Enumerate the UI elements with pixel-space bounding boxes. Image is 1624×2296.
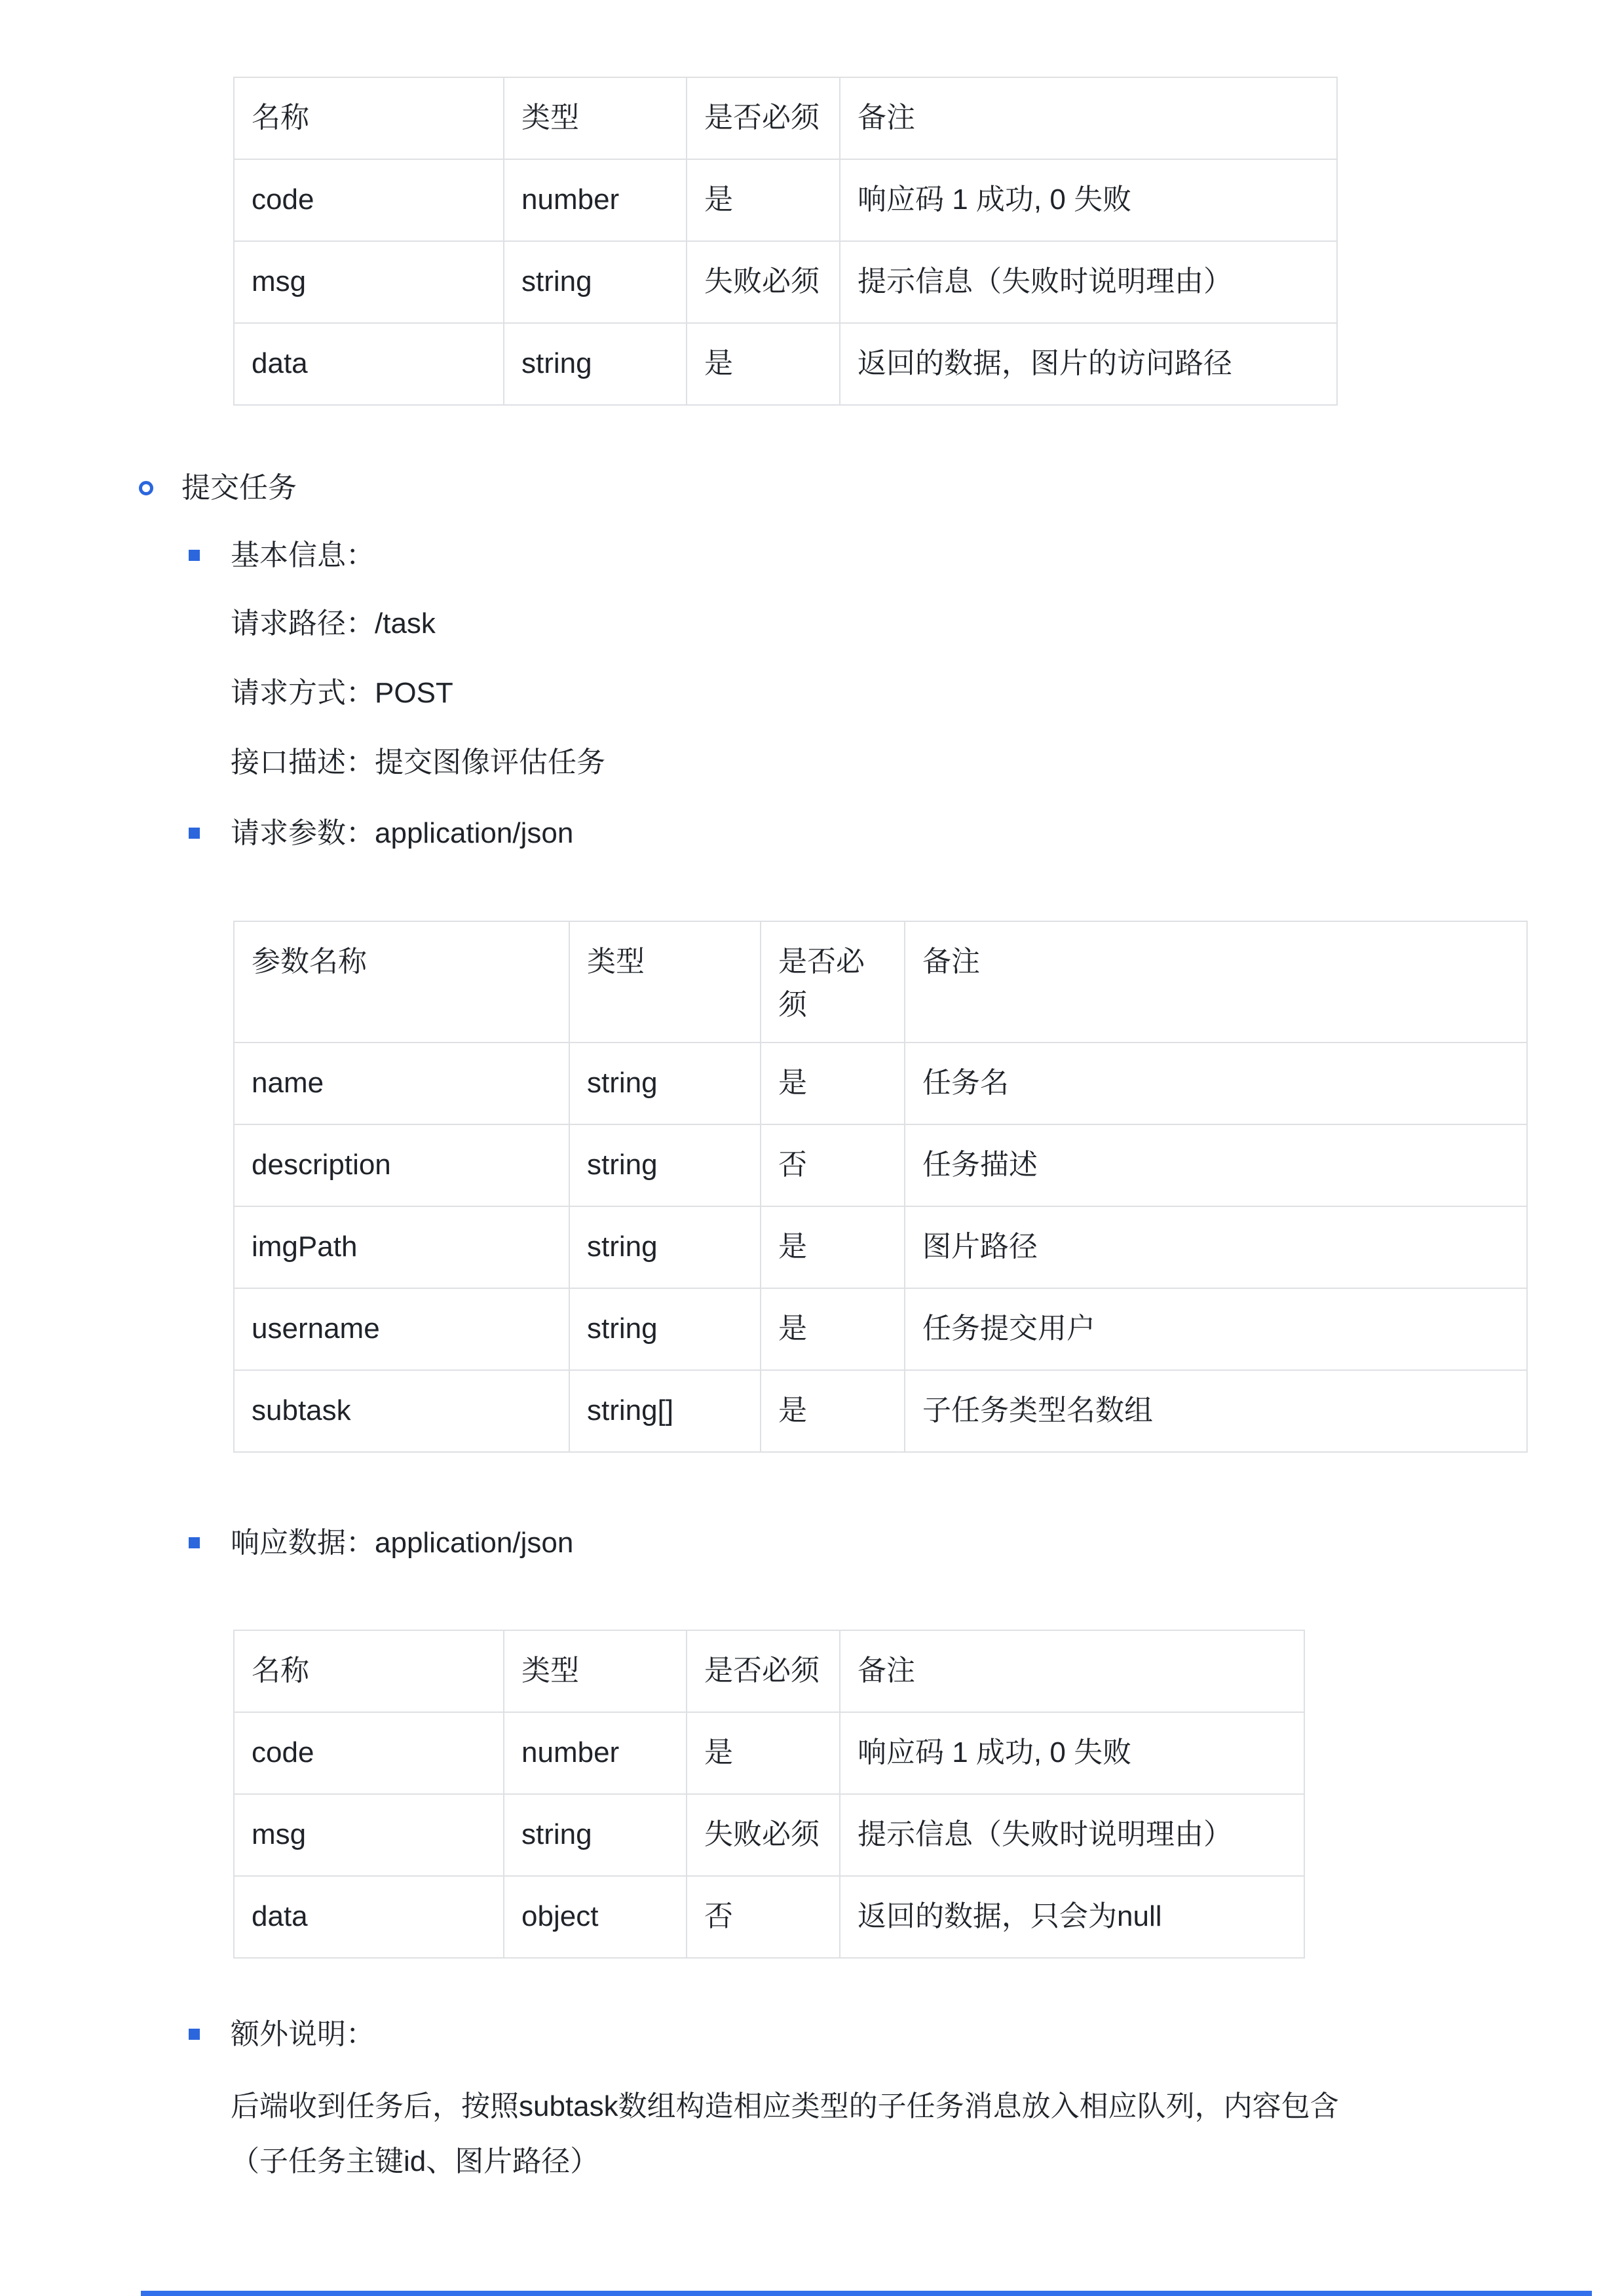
table-header-cell: 类型 — [569, 921, 761, 1043]
square-bullet-icon — [189, 2029, 200, 2040]
table-cell: 是 — [687, 159, 840, 241]
table-header-row: 名称 类型 是否必须 备注 — [234, 1630, 1304, 1712]
table-cell: 否 — [761, 1124, 905, 1206]
table-cell: string — [504, 241, 687, 323]
note-paragraph-line-2: （子任务主键id、图片路径） — [231, 2134, 1339, 2189]
list-item-request-params: 请求参数：application/json — [231, 812, 573, 855]
table-cell: 返回的数据，只会为null — [840, 1876, 1304, 1958]
table-cell: username — [234, 1288, 569, 1370]
table-header-cell: 是否必须 — [761, 921, 905, 1043]
table-cell: description — [234, 1124, 569, 1206]
list-item-submit-task: 提交任务 — [181, 467, 297, 510]
table-cell: 图片路径 — [905, 1206, 1527, 1288]
table-cell: number — [504, 159, 687, 241]
table-cell: 响应码 1 成功, 0 失败 — [840, 159, 1337, 241]
upload-response-table: 名称 类型 是否必须 备注 code number 是 响应码 1 成功, 0 … — [233, 77, 1338, 406]
table-row: code number 是 响应码 1 成功, 0 失败 — [234, 1712, 1304, 1794]
table-row: msg string 失败必须 提示信息（失败时说明理由） — [234, 241, 1337, 323]
list-item-extra-note: 额外说明： — [231, 2013, 375, 2056]
line-request-path: 请求路径：/task — [231, 602, 436, 645]
table-cell: 是 — [761, 1288, 905, 1370]
note-paragraph-line-1: 后端收到任务后，按照subtask数组构造相应类型的子任务消息放入相应队列，内容… — [231, 2079, 1339, 2134]
table-cell: string — [569, 1124, 761, 1206]
table-cell: number — [504, 1712, 687, 1794]
table-row: name string 是 任务名 — [234, 1043, 1527, 1124]
table-row: username string 是 任务提交用户 — [234, 1288, 1527, 1370]
table-row: description string 否 任务描述 — [234, 1124, 1527, 1206]
note-paragraph: 后端收到任务后，按照subtask数组构造相应类型的子任务消息放入相应队列，内容… — [231, 2079, 1339, 2189]
table-cell: 是 — [761, 1206, 905, 1288]
table-row: code number 是 响应码 1 成功, 0 失败 — [234, 159, 1337, 241]
table-cell: name — [234, 1043, 569, 1124]
line-request-method: 请求方式：POST — [231, 672, 453, 715]
table-cell: 提示信息（失败时说明理由） — [840, 1794, 1304, 1876]
table-header-cell: 名称 — [234, 77, 504, 159]
circle-bullet-icon — [139, 481, 153, 495]
list-item-response-data: 响应数据：application/json — [231, 1521, 573, 1565]
table-cell: string — [569, 1043, 761, 1124]
task-request-params-table: 参数名称 类型 是否必须 备注 name string 是 任务名 descri… — [233, 921, 1528, 1453]
table-cell: imgPath — [234, 1206, 569, 1288]
table-cell: string — [504, 1794, 687, 1876]
table-header-cell: 备注 — [840, 1630, 1304, 1712]
table-cell: 是 — [761, 1043, 905, 1124]
document-page: 名称 类型 是否必须 备注 code number 是 响应码 1 成功, 0 … — [0, 0, 1624, 2296]
table-header-cell: 是否必须 — [687, 1630, 840, 1712]
table-header-row: 参数名称 类型 是否必须 备注 — [234, 921, 1527, 1043]
table-cell: code — [234, 159, 504, 241]
table-row: imgPath string 是 图片路径 — [234, 1206, 1527, 1288]
square-bullet-icon — [189, 1537, 200, 1548]
table-row: data object 否 返回的数据，只会为null — [234, 1876, 1304, 1958]
table-cell: 响应码 1 成功, 0 失败 — [840, 1712, 1304, 1794]
table-header-cell: 参数名称 — [234, 921, 569, 1043]
table-cell: 任务名 — [905, 1043, 1527, 1124]
table-cell: object — [504, 1876, 687, 1958]
task-response-table: 名称 类型 是否必须 备注 code number 是 响应码 1 成功, 0 … — [233, 1630, 1305, 1959]
table-row: subtask string[] 是 子任务类型名数组 — [234, 1370, 1527, 1452]
table-cell: data — [234, 323, 504, 405]
table-cell: subtask — [234, 1370, 569, 1452]
list-item-basic-info: 基本信息： — [231, 534, 375, 577]
table-header-row: 名称 类型 是否必须 备注 — [234, 77, 1337, 159]
table-cell: msg — [234, 241, 504, 323]
table-cell: 任务提交用户 — [905, 1288, 1527, 1370]
table-header-cell: 类型 — [504, 77, 687, 159]
table-cell: string — [569, 1206, 761, 1288]
table-cell: code — [234, 1712, 504, 1794]
table-row: data string 是 返回的数据，图片的访问路径 — [234, 323, 1337, 405]
table-cell: 提示信息（失败时说明理由） — [840, 241, 1337, 323]
square-bullet-icon — [189, 828, 200, 839]
table-cell: 否 — [687, 1876, 840, 1958]
table-cell: 失败必须 — [687, 1794, 840, 1876]
table-cell: string — [569, 1288, 761, 1370]
table-cell: 任务描述 — [905, 1124, 1527, 1206]
table-cell: 返回的数据，图片的访问路径 — [840, 323, 1337, 405]
bottom-blue-bar — [141, 2291, 1592, 2296]
line-api-description: 接口描述：提交图像评估任务 — [231, 741, 605, 784]
table-cell: 失败必须 — [687, 241, 840, 323]
table-cell: msg — [234, 1794, 504, 1876]
table-cell: 是 — [761, 1370, 905, 1452]
table-cell: data — [234, 1876, 504, 1958]
table-cell: 子任务类型名数组 — [905, 1370, 1527, 1452]
table-cell: string — [504, 323, 687, 405]
table-header-cell: 类型 — [504, 1630, 687, 1712]
table-row: msg string 失败必须 提示信息（失败时说明理由） — [234, 1794, 1304, 1876]
table-header-cell: 备注 — [840, 77, 1337, 159]
table-header-cell: 备注 — [905, 921, 1527, 1043]
table-cell: 是 — [687, 1712, 840, 1794]
table-header-cell: 名称 — [234, 1630, 504, 1712]
square-bullet-icon — [189, 550, 200, 561]
table-header-cell: 是否必须 — [687, 77, 840, 159]
table-cell: 是 — [687, 323, 840, 405]
table-cell: string[] — [569, 1370, 761, 1452]
